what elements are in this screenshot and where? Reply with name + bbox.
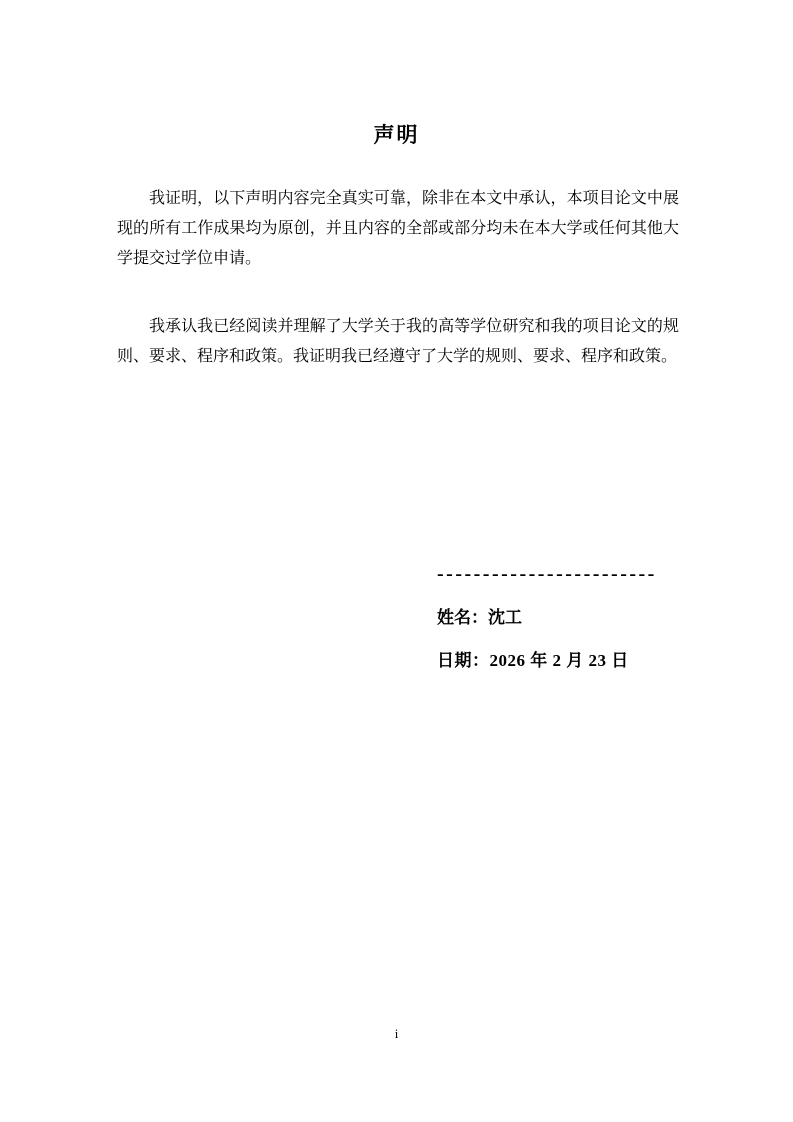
signature-date-line: 日期：2026 年 2 月 23 日: [437, 649, 629, 673]
declaration-paragraph-1: 我证明，以下声明内容完全真实可靠，除非在本文中承认，本项目论文中展现的所有工作成…: [117, 184, 679, 274]
name-label: 姓名：: [437, 608, 488, 627]
date-value: 2026 年 2 月 23 日: [490, 651, 629, 670]
signature-name-line: 姓名：沈工: [437, 606, 522, 630]
declaration-paragraph-2: 我承认我已经阅读并理解了大学关于我的高等学位研究和我的项目论文的规则、要求、程序…: [117, 312, 679, 372]
declaration-body: 我证明，以下声明内容完全真实可靠，除非在本文中承认，本项目论文中展现的所有工作成…: [117, 184, 679, 372]
declaration-page: 声明 我证明，以下声明内容完全真实可靠，除非在本文中承认，本项目论文中展现的所有…: [0, 0, 793, 1122]
page-number: i: [0, 1026, 793, 1042]
signature-rule-line: ------------------------: [437, 563, 657, 585]
name-value: 沈工: [488, 608, 522, 627]
page-title: 声明: [0, 121, 793, 149]
date-label: 日期：: [437, 651, 490, 670]
